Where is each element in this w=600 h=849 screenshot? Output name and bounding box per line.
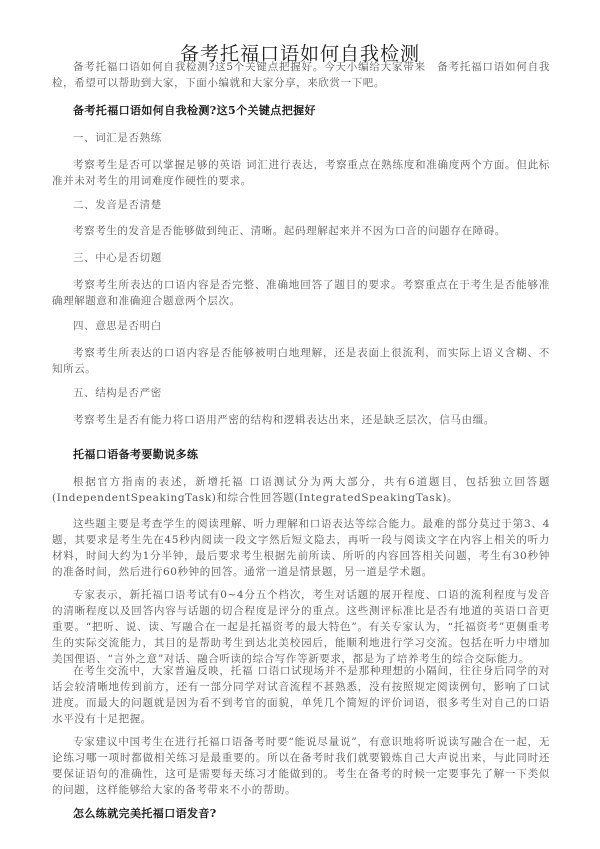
- practice-paragraph-3: 专家表示，新托福口语考试有0~4分五个档次，考生对话题的展开程度、口语的流利程度…: [52, 587, 550, 667]
- point-title-pronunciation: 二、发音是否清楚: [73, 197, 553, 213]
- practice-paragraph-1: 根据官方指南的表述，新增托福 口语测试分为两大部分，共有6道题目，包括独立回答题…: [52, 474, 550, 506]
- document-page: 备考托福口语如何自我检测 备考托福口语如何自我检测?这5个关键点把握好。今天小编…: [0, 0, 600, 849]
- practice-paragraph-5: 专家建议中国考生在进行托福口语备考时要“能说尽量说”，有意识地将听说读写融合在一…: [52, 734, 550, 798]
- section-heading-pronunciation: 怎么练就完美托福口语发音?: [73, 806, 553, 822]
- point-body-relevance: 考察考生所表达的口语内容是否完整、准确地回答了题目的要求。考察重点在于考生是否能…: [52, 277, 550, 309]
- point-body-clarity: 考察考生所表达的口语内容是否能够被明白地理解，还是表面上很流利，而实际上语义含糊…: [52, 345, 550, 377]
- practice-paragraph-2: 这些题主要是考查学生的阅读理解、听力理解和口语表达等综合能力。最难的部分莫过于第…: [52, 516, 550, 580]
- point-title-clarity: 四、意思是否明白: [73, 318, 553, 334]
- point-title-structure: 五、结构是否严密: [73, 385, 553, 401]
- point-title-vocabulary: 一、词汇是否熟练: [73, 130, 553, 146]
- point-body-vocabulary: 考察考生是否可以掌握足够的英语 词汇进行表达，考察重点在熟练度和准确度两个方面。…: [52, 157, 550, 189]
- intro-paragraph: 备考托福口语如何自我检测?这5个关键点把握好。今天小编给大家带来 备考托福口语如…: [52, 59, 550, 91]
- practice-paragraph-4: 在考生交流中，大家普遍反映，托福 口语口试现场并不是那种理想的小隔间，往往身后同…: [52, 663, 550, 727]
- section-heading-practice: 托福口语备考要勤说多练: [73, 447, 553, 463]
- point-title-relevance: 三、中心是否切题: [73, 250, 553, 266]
- section-heading-self-check: 备考托福口语如何自我检测?这5个关键点把握好: [73, 103, 553, 119]
- point-body-pronunciation: 考察考生的发音是否能够做到纯正、清晰。起码理解起来并不因为口音的问题存在障碍。: [52, 223, 550, 239]
- point-body-structure: 考察考生是否有能力将口语用严密的结构和逻辑表达出来，还是缺乏层次，信马由缰。: [52, 412, 550, 428]
